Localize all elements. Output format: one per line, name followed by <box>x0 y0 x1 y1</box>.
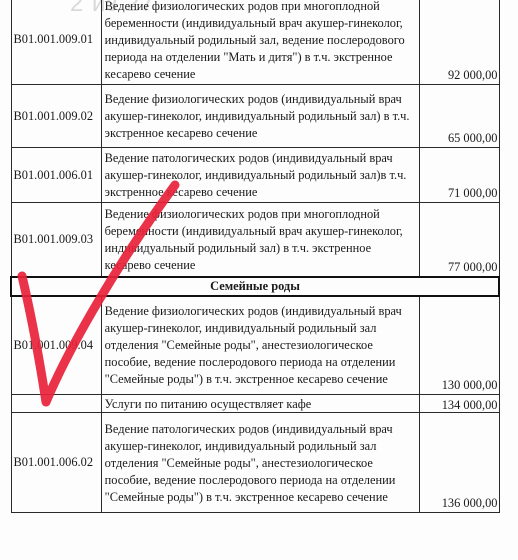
service-price: 130 000,00 <box>420 296 499 395</box>
table-row: В01.001.009.02 Ведение физиологических р… <box>11 85 499 148</box>
service-code: В01.001.009.02 <box>11 85 101 148</box>
service-code: В01.001.009.04 <box>11 296 101 395</box>
service-description: Ведение патологических родов (индивидуал… <box>101 413 420 513</box>
table-row: В01.001.009.03 Ведение физиологических р… <box>11 203 499 277</box>
service-price: 136 000,00 <box>420 413 499 513</box>
service-description: Ведение физиологических родов (индивидуа… <box>101 296 420 395</box>
table-row: В01.001.006.02 Ведение патологических ро… <box>11 413 499 513</box>
price-table: В01.001.009.01 Ведение физиологических р… <box>10 0 500 513</box>
table-row: В01.001.009.01 Ведение физиологических р… <box>11 0 499 85</box>
note-row: Услуги по питанию осуществляет кафе 134 … <box>11 395 499 413</box>
service-price: 77 000,00 <box>420 203 499 277</box>
service-description: Ведение физиологических родов при многоп… <box>101 203 420 277</box>
service-price: 71 000,00 <box>420 148 499 203</box>
service-description: Ведение физиологических родов (индивидуа… <box>101 85 420 148</box>
service-price: 65 000,00 <box>420 85 499 148</box>
table-row: В01.001.009.04 Ведение физиологических р… <box>11 296 499 395</box>
note-text: Услуги по питанию осуществляет кафе <box>101 395 420 413</box>
service-code: В01.001.006.01 <box>11 148 101 203</box>
service-code <box>11 395 101 413</box>
service-description: Ведение патологических родов (индивидуал… <box>101 148 420 203</box>
service-price: 92 000,00 <box>420 0 499 85</box>
service-code: В01.001.009.01 <box>11 0 101 85</box>
service-code: В01.001.009.03 <box>11 203 101 277</box>
document-page: 2 из 27 В01.001.009.01 Ведение физиологи… <box>0 0 518 560</box>
table-row: В01.001.006.01 Ведение патологических ро… <box>11 148 499 203</box>
service-code: В01.001.006.02 <box>11 413 101 513</box>
section-title: Семейные роды <box>11 277 499 296</box>
section-header-row: Семейные роды <box>11 277 499 296</box>
service-description: Ведение физиологических родов при многоп… <box>101 0 420 85</box>
service-price: 134 000,00 <box>420 395 499 413</box>
